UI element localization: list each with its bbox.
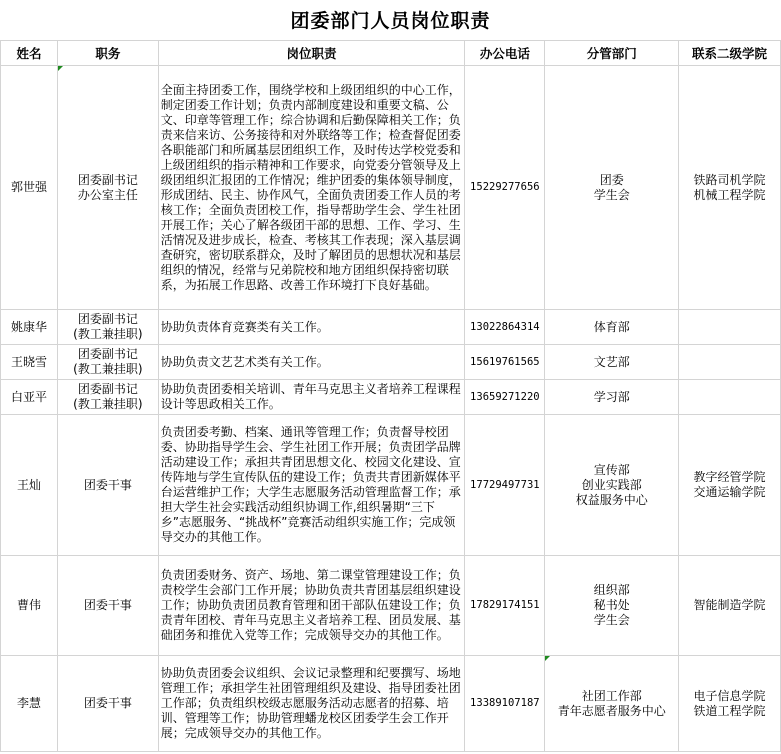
cell-duties[interactable]: 负责团委考勤、档案、通讯等管理工作；负责督导校团委、协助指导学生会、学生社团工作…	[158, 415, 465, 556]
cell-department[interactable]: 组织部 秘书处 学生会	[545, 556, 679, 656]
header-duties[interactable]: 岗位职责	[158, 41, 465, 66]
table-row: 曹伟 团委干事 负责团委财务、资产、场地、第二课堂管理建设工作；负责校学生会部门…	[1, 556, 781, 656]
cell-duties[interactable]: 协助负责团委相关培训、青年马克思主义者培养工程课程设计等思政相关工作。	[158, 380, 465, 415]
cell-position[interactable]: 团委副书记 办公室主任	[57, 66, 158, 310]
header-college[interactable]: 联系二级学院	[679, 41, 781, 66]
table-row: 王晓雪 团委副书记 (教工兼挂职) 协助负责文艺艺术类有关工作。 1561976…	[1, 345, 781, 380]
cell-position[interactable]: 团委干事	[57, 415, 158, 556]
cell-department[interactable]: 学习部	[545, 380, 679, 415]
cell-name[interactable]: 李慧	[1, 656, 58, 752]
cell-phone[interactable]: 13389107187	[465, 656, 545, 752]
cell-duties[interactable]: 协助负责团委会议组织、会议记录整理和纪要撰写、场地管理工作；承担学生社团管理组织…	[158, 656, 465, 752]
cell-duties[interactable]: 负责团委财务、资产、场地、第二课堂管理建设工作；负责校学生会部门工作开展；协助负…	[158, 556, 465, 656]
cell-duties[interactable]: 协助负责文艺艺术类有关工作。	[158, 345, 465, 380]
duties-table: 姓名 职务 岗位职责 办公电话 分管部门 联系二级学院 郭世强 团委副书记 办公…	[0, 40, 781, 752]
cell-department[interactable]: 社团工作部 青年志愿者服务中心	[545, 656, 679, 752]
cell-name[interactable]: 曹伟	[1, 556, 58, 656]
cell-college[interactable]: 智能制造学院	[679, 556, 781, 656]
header-phone[interactable]: 办公电话	[465, 41, 545, 66]
table-row: 郭世强 团委副书记 办公室主任 全面主持团委工作，围绕学校和上级团组织的中心工作…	[1, 66, 781, 310]
cell-position-text: 团委副书记 办公室主任	[78, 173, 138, 202]
comment-indicator-icon	[545, 656, 550, 661]
cell-college[interactable]: 教字经管学院 交通运输学院	[679, 415, 781, 556]
header-name[interactable]: 姓名	[1, 41, 58, 66]
cell-name[interactable]: 王灿	[1, 415, 58, 556]
cell-college[interactable]	[679, 310, 781, 345]
cell-department[interactable]: 宣传部 创业实践部 权益服务中心	[545, 415, 679, 556]
cell-position[interactable]: 团委干事	[57, 656, 158, 752]
header-department[interactable]: 分管部门	[545, 41, 679, 66]
cell-position[interactable]: 团委副书记 (教工兼挂职)	[57, 345, 158, 380]
cell-phone[interactable]: 17829174151	[465, 556, 545, 656]
cell-college[interactable]	[679, 380, 781, 415]
comment-indicator-icon	[58, 66, 63, 71]
cell-department-text: 社团工作部 青年志愿者服务中心	[558, 689, 666, 718]
cell-college[interactable]	[679, 345, 781, 380]
cell-duties[interactable]: 全面主持团委工作，围绕学校和上级团组织的中心工作，制定团委工作计划；负责内部制度…	[158, 66, 465, 310]
page-title: 团委部门人员岗位职责	[0, 0, 781, 40]
cell-position[interactable]: 团委干事	[57, 556, 158, 656]
cell-department[interactable]: 团委 学生会	[545, 66, 679, 310]
cell-name[interactable]: 白亚平	[1, 380, 58, 415]
cell-name[interactable]: 姚康华	[1, 310, 58, 345]
table-row: 王灿 团委干事 负责团委考勤、档案、通讯等管理工作；负责督导校团委、协助指导学生…	[1, 415, 781, 556]
cell-college[interactable]: 电子信息学院 铁道工程学院	[679, 656, 781, 752]
table-row: 姚康华 团委副书记 (教工兼挂职) 协助负责体育竞赛类有关工作。 1302286…	[1, 310, 781, 345]
cell-phone[interactable]: 13659271220	[465, 380, 545, 415]
cell-position[interactable]: 团委副书记 (教工兼挂职)	[57, 310, 158, 345]
cell-phone[interactable]: 17729497731	[465, 415, 545, 556]
cell-duties[interactable]: 协助负责体育竞赛类有关工作。	[158, 310, 465, 345]
header-position[interactable]: 职务	[57, 41, 158, 66]
cell-phone[interactable]: 13022864314	[465, 310, 545, 345]
header-row: 姓名 职务 岗位职责 办公电话 分管部门 联系二级学院	[1, 41, 781, 66]
cell-name[interactable]: 王晓雪	[1, 345, 58, 380]
cell-position[interactable]: 团委副书记 (教工兼挂职)	[57, 380, 158, 415]
cell-department[interactable]: 体育部	[545, 310, 679, 345]
cell-phone[interactable]: 15229277656	[465, 66, 545, 310]
cell-phone[interactable]: 15619761565	[465, 345, 545, 380]
table-row: 白亚平 团委副书记 (教工兼挂职) 协助负责团委相关培训、青年马克思主义者培养工…	[1, 380, 781, 415]
table-row: 李慧 团委干事 协助负责团委会议组织、会议记录整理和纪要撰写、场地管理工作；承担…	[1, 656, 781, 752]
cell-college[interactable]: 铁路司机学院 机械工程学院	[679, 66, 781, 310]
cell-department[interactable]: 文艺部	[545, 345, 679, 380]
cell-name[interactable]: 郭世强	[1, 66, 58, 310]
